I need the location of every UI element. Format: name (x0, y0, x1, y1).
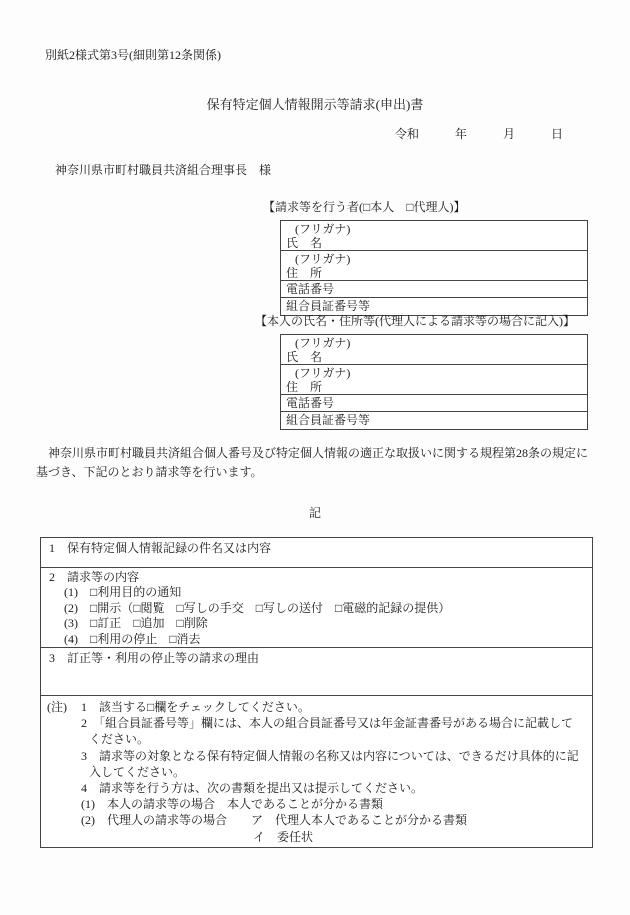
principal-phone-cell: 電話番号 (281, 395, 587, 412)
principal-address-furigana-label: (フリガナ) (281, 366, 587, 380)
note-line: (注)1 該当する□欄をチェックしてください。 (41, 699, 592, 715)
principal-name-cell: (フリガナ) 氏 名 (281, 335, 587, 365)
principal-address-label: 住 所 (281, 380, 587, 394)
requester-section-heading: 【請求等を行う者(□本人 □代理人)】 (263, 199, 466, 215)
checkbox-option-disclosure: (2) □開示（□閲覧 □写しの手交 □写しの送付 □電磁的記録の提供） (41, 601, 592, 617)
note-line: 4 請求等を行う方は、次の書類を提出又は提示してください。 (41, 780, 592, 796)
note-line: 入してください。 (41, 764, 592, 780)
remark-heading: 記 (0, 505, 630, 521)
principal-name-label: 氏 名 (281, 350, 587, 364)
principal-section-heading: 【本人の氏名・住所等(代理人による請求等の場合に記入)】 (255, 313, 575, 329)
note-line: ください。 (41, 731, 592, 747)
requester-name-furigana-label: (フリガナ) (281, 222, 587, 236)
request-table-row3-title: 3 訂正等・利用の停止等の請求の理由 (41, 648, 592, 696)
note-line: (1) 本人の請求等の場合 本人であることが分かる書類 (41, 796, 592, 812)
form-number: 別紙2様式第3号(細則第12条関係) (45, 47, 221, 63)
requester-name-label: 氏 名 (281, 236, 587, 250)
note-line: 2 「組合員証番号等」欄には、本人の組合員証番号又は年金証書番号がある場合に記載… (41, 715, 592, 731)
requester-name-cell: (フリガナ) 氏 名 (281, 221, 587, 251)
note-line: イ 委任状 (41, 829, 592, 845)
principal-name-furigana-label: (フリガナ) (281, 336, 587, 350)
form-page: 別紙2様式第3号(細則第12条関係) 保有特定個人情報開示等請求(申出)書 令和… (0, 0, 630, 915)
note-line: (2) 代理人の請求等の場合 ア 代理人本人であることが分かる書類 (41, 812, 592, 828)
principal-table: (フリガナ) 氏 名 (フリガナ) 住 所 電話番号 組合員証番号等 (280, 334, 588, 430)
notes-section: (注)1 該当する□欄をチェックしてください。 2 「組合員証番号等」欄には、本… (41, 696, 592, 847)
request-table-row2-title: 2 請求等の内容 (41, 570, 592, 585)
requester-table: (フリガナ) 氏 名 (フリガナ) 住 所 電話番号 組合員証番号等 (280, 220, 588, 316)
requester-address-cell: (フリガナ) 住 所 (281, 251, 587, 281)
notes-label: (注) (47, 699, 81, 715)
body-paragraph: 神奈川県市町村職員共済組合個人番号及び特定個人情報の適正な取扱いに関する規程第2… (36, 444, 598, 482)
request-table: 1 保有特定個人情報記録の件名又は内容 2 請求等の内容 (1) □利用目的の通… (40, 537, 593, 848)
principal-address-cell: (フリガナ) 住 所 (281, 365, 587, 395)
request-table-row1-title: 1 保有特定個人情報記録の件名又は内容 (41, 538, 592, 568)
requester-address-furigana-label: (フリガナ) (281, 252, 587, 266)
note-line: 3 請求等の対象となる保有特定個人情報の名称又は内容については、できるだけ具体的… (41, 748, 592, 764)
checkbox-option-correction: (3) □訂正 □追加 □削除 (41, 616, 592, 632)
note-text: 1 該当する□欄をチェックしてください。 (81, 700, 310, 714)
page-title: 保有特定個人情報開示等請求(申出)書 (0, 97, 630, 113)
checkbox-option-purpose-notice: (1) □利用目的の通知 (41, 585, 592, 601)
principal-member-number-cell: 組合員証番号等 (281, 412, 587, 429)
addressee: 神奈川県市町村職員共済組合理事長 様 (55, 162, 271, 178)
requester-phone-cell: 電話番号 (281, 281, 587, 298)
request-table-row2: 2 請求等の内容 (1) □利用目的の通知 (2) □開示（□閲覧 □写しの手交… (41, 568, 592, 648)
requester-address-label: 住 所 (281, 266, 587, 280)
checkbox-option-suspension: (4) □利用の停止 □消去 (41, 632, 592, 648)
date-line: 令和 年 月 日 (0, 126, 630, 142)
